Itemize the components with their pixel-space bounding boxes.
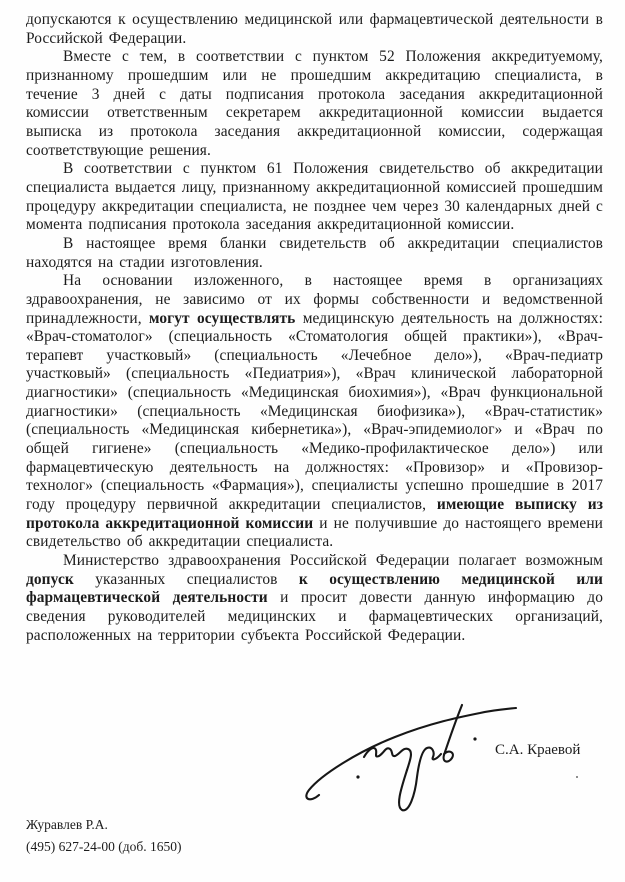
bold-text-run: могут осуществлять (149, 310, 295, 327)
text-run: Вместе с тем, в соответствии с пунктом 5… (26, 48, 603, 158)
text-run: В соответствии с пунктом 61 Положения св… (26, 160, 603, 233)
ink-dot (356, 775, 359, 778)
text-run: В настоящее время бланки свидетельств об… (26, 235, 603, 271)
paragraph: допускаются к осуществлению медицинской … (26, 11, 603, 48)
executor-block: Журавлев Р.А. (495) 627-24-00 (доб. 1650… (26, 814, 181, 858)
signer-name: С.А. Краевой (495, 742, 580, 759)
paragraph: В соответствии с пунктом 61 Положения св… (26, 160, 603, 235)
paragraph: В настоящее время бланки свидетельств об… (26, 235, 603, 272)
text-run: медицинскую деятельность на должностях: … (26, 310, 603, 514)
paragraph: Министерство здравоохранения Российской … (26, 552, 603, 645)
text-run: допускаются к осуществлению медицинской … (26, 11, 603, 47)
paragraph: Вместе с тем, в соответствии с пунктом 5… (26, 48, 603, 160)
scan-speck (576, 776, 578, 778)
handwritten-signature-icon (295, 700, 520, 818)
ink-dot (473, 737, 476, 740)
executor-phone: (495) 627-24-00 (доб. 1650) (26, 836, 181, 858)
text-run: Министерство здравоохранения Российской … (63, 552, 603, 569)
letter-body: допускаются к осуществлению медицинской … (26, 11, 603, 645)
bold-text-run: допуск (26, 571, 74, 588)
paragraph: На основании изложенного, в настоящее вр… (26, 272, 603, 552)
scanned-letter-page: допускаются к осуществлению медицинской … (0, 0, 625, 882)
signature-block: С.А. Краевой (295, 700, 625, 830)
executor-name: Журавлев Р.А. (26, 814, 181, 836)
text-run: указанных специалистов (74, 571, 299, 588)
